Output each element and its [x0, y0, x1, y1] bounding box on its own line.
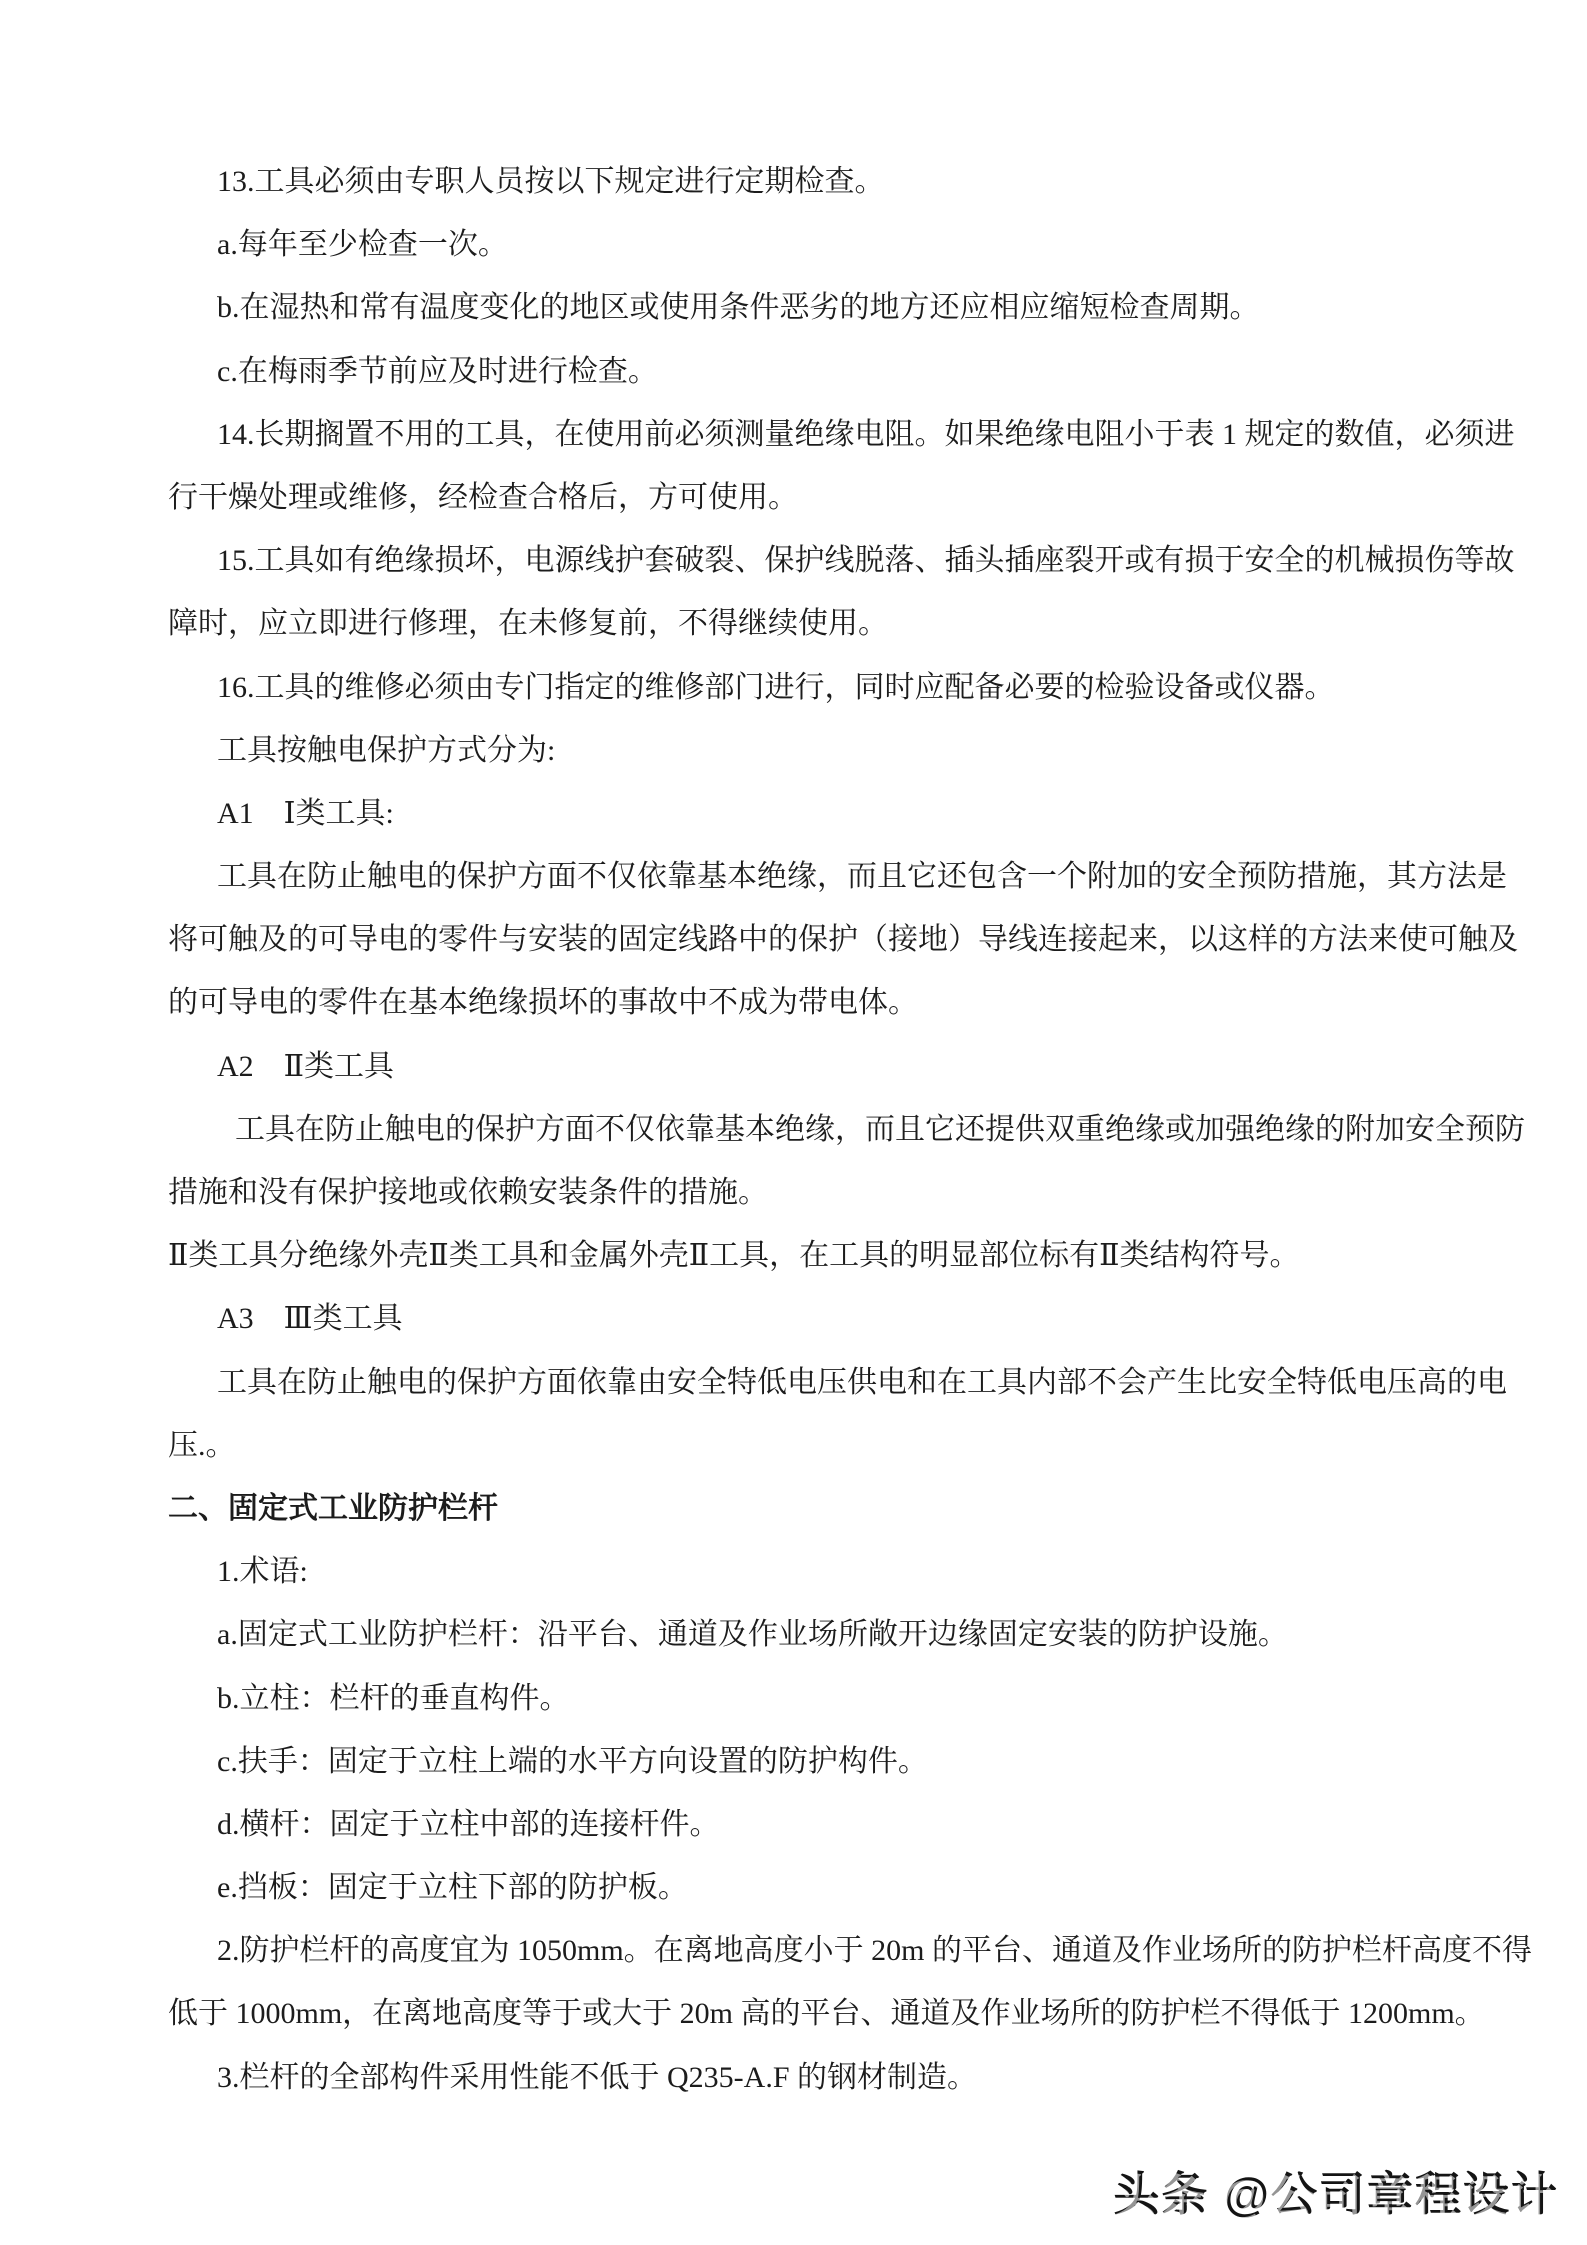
text-line: 3.栏杆的全部构件采用性能不低于 Q235-A.F 的钢材制造。	[168, 2046, 1498, 2109]
text-line: A1 Ⅰ类工具:	[168, 782, 1498, 845]
text-line: c.在梅雨季节前应及时进行检查。	[168, 340, 1498, 403]
text-line: 障时，应立即进行修理，在未修复前，不得继续使用。	[168, 592, 1498, 655]
text-line: a.每年至少检查一次。	[168, 213, 1498, 276]
text-line: 16.工具的维修必须由专门指定的维修部门进行，同时应配备必要的检验设备或仪器。	[168, 656, 1498, 719]
text-line: 2.防护栏杆的高度宜为 1050mm。在离地高度小于 20m 的平台、通道及作业…	[168, 1919, 1498, 1982]
text-line: A2 Ⅱ类工具	[168, 1035, 1498, 1098]
text-line: 工具在防止触电的保护方面依靠由安全特低电压供电和在工具内部不会产生比安全特低电压…	[168, 1351, 1498, 1414]
text-line: 工具在防止触电的保护方面不仅依靠基本绝缘，而且它还包含一个附加的安全预防措施，其…	[168, 845, 1498, 908]
text-line: c.扶手：固定于立柱上端的水平方向设置的防护构件。	[168, 1730, 1498, 1793]
text-line: b.立柱：栏杆的垂直构件。	[168, 1667, 1498, 1730]
document-page: 13.工具必须由专职人员按以下规定进行定期检查。a.每年至少检查一次。b.在湿热…	[0, 0, 1587, 2245]
text-line: 15.工具如有绝缘损坏，电源线护套破裂、保护线脱落、插头插座裂开或有损于安全的机…	[168, 529, 1498, 592]
text-line: 工具在防止触电的保护方面不仅依靠基本绝缘，而且它还提供双重绝缘或加强绝缘的附加安…	[168, 1098, 1498, 1161]
text-line: 措施和没有保护接地或依赖安装条件的措施。	[168, 1161, 1498, 1224]
text-line: 压.。	[168, 1414, 1498, 1477]
content-area: 13.工具必须由专职人员按以下规定进行定期检查。a.每年至少检查一次。b.在湿热…	[168, 150, 1498, 2109]
text-line: Ⅱ类工具分绝缘外壳Ⅱ类工具和金属外壳Ⅱ工具，在工具的明显部位标有Ⅱ类结构符号。	[168, 1224, 1498, 1287]
text-line: 1.术语:	[168, 1540, 1498, 1603]
text-line: e.挡板：固定于立柱下部的防护板。	[168, 1856, 1498, 1919]
text-line: A3 Ⅲ类工具	[168, 1287, 1498, 1350]
text-line: b.在湿热和常有温度变化的地区或使用条件恶劣的地方还应相应缩短检查周期。	[168, 276, 1498, 339]
text-line: 的可导电的零件在基本绝缘损坏的事故中不成为带电体。	[168, 971, 1498, 1034]
text-line: 13.工具必须由专职人员按以下规定进行定期检查。	[168, 150, 1498, 213]
text-line: 14.长期搁置不用的工具，在使用前必须测量绝缘电阻。如果绝缘电阻小于表 1 规定…	[168, 403, 1498, 466]
text-line: 行干燥处理或维修，经检查合格后，方可使用。	[168, 466, 1498, 529]
text-line: a.固定式工业防护栏杆：沿平台、通道及作业场所敞开边缘固定安装的防护设施。	[168, 1603, 1498, 1666]
text-line: 工具按触电保护方式分为:	[168, 719, 1498, 782]
text-line: d.横杆：固定于立柱中部的连接杆件。	[168, 1793, 1498, 1856]
text-line: 将可触及的可导电的零件与安装的固定线路中的保护（接地）导线连接起来，以这样的方法…	[168, 908, 1498, 971]
watermark: 头条 @公司章程设计	[1113, 2158, 1559, 2224]
text-line: 低于 1000mm，在离地高度等于或大于 20m 高的平台、通道及作业场所的防护…	[168, 1982, 1498, 2045]
section-heading: 二、固定式工业防护栏杆	[168, 1477, 1498, 1540]
